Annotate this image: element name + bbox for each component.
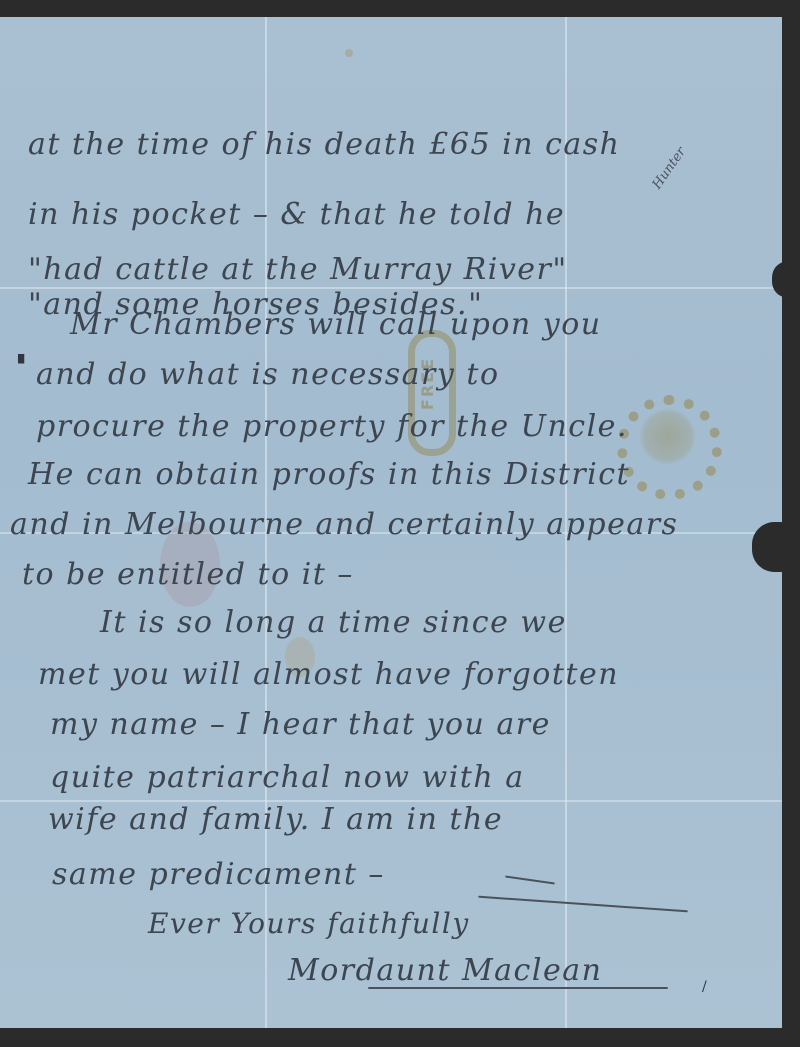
letter-line-15: wife and family. I am in the (48, 802, 503, 837)
paper-tear (772, 262, 782, 297)
stain (345, 49, 353, 57)
letter-line-5: Mr Chambers will call upon you (70, 307, 602, 342)
closing-flourish (478, 896, 688, 913)
dash-flourish (505, 876, 555, 885)
signature-mark: / (702, 979, 707, 995)
closing: Ever Yours faithfully (148, 907, 470, 940)
letter-line-12: met you will almost have forgotten (38, 657, 619, 692)
letter-paper: FREE at the time of his death £65 in cas… (0, 17, 782, 1028)
signature: Mordaunt Maclean (288, 953, 602, 988)
letter-line-6: and do what is necessary to (36, 357, 500, 392)
letter-line-10: to be entitled to it – (22, 557, 354, 592)
letter-line-8: He can obtain proofs in this District (28, 457, 630, 492)
letter-line-16: same predicament – (52, 857, 385, 892)
letter-line-13: my name – I hear that you are (50, 707, 551, 742)
letter-line-11: It is so long a time since we (100, 605, 567, 640)
letter-line-9: and in Melbourne and certainly appears (10, 507, 678, 542)
paper-tear (752, 522, 782, 572)
ink-mark: ▘ (18, 354, 30, 373)
letter-line-1: at the time of his death £65 in cash (28, 127, 621, 162)
letter-line-7: procure the property for the Uncle. (36, 409, 628, 444)
postmark-center (640, 409, 695, 464)
signature-underline (368, 987, 668, 989)
letter-line-2: in his pocket – & that he told he (28, 197, 565, 232)
interlinear-annotation: Hunter (650, 145, 689, 192)
letter-line-3: "had cattle at the Murray River" (28, 252, 568, 287)
letter-line-14: quite patriarchal now with a (50, 760, 525, 795)
